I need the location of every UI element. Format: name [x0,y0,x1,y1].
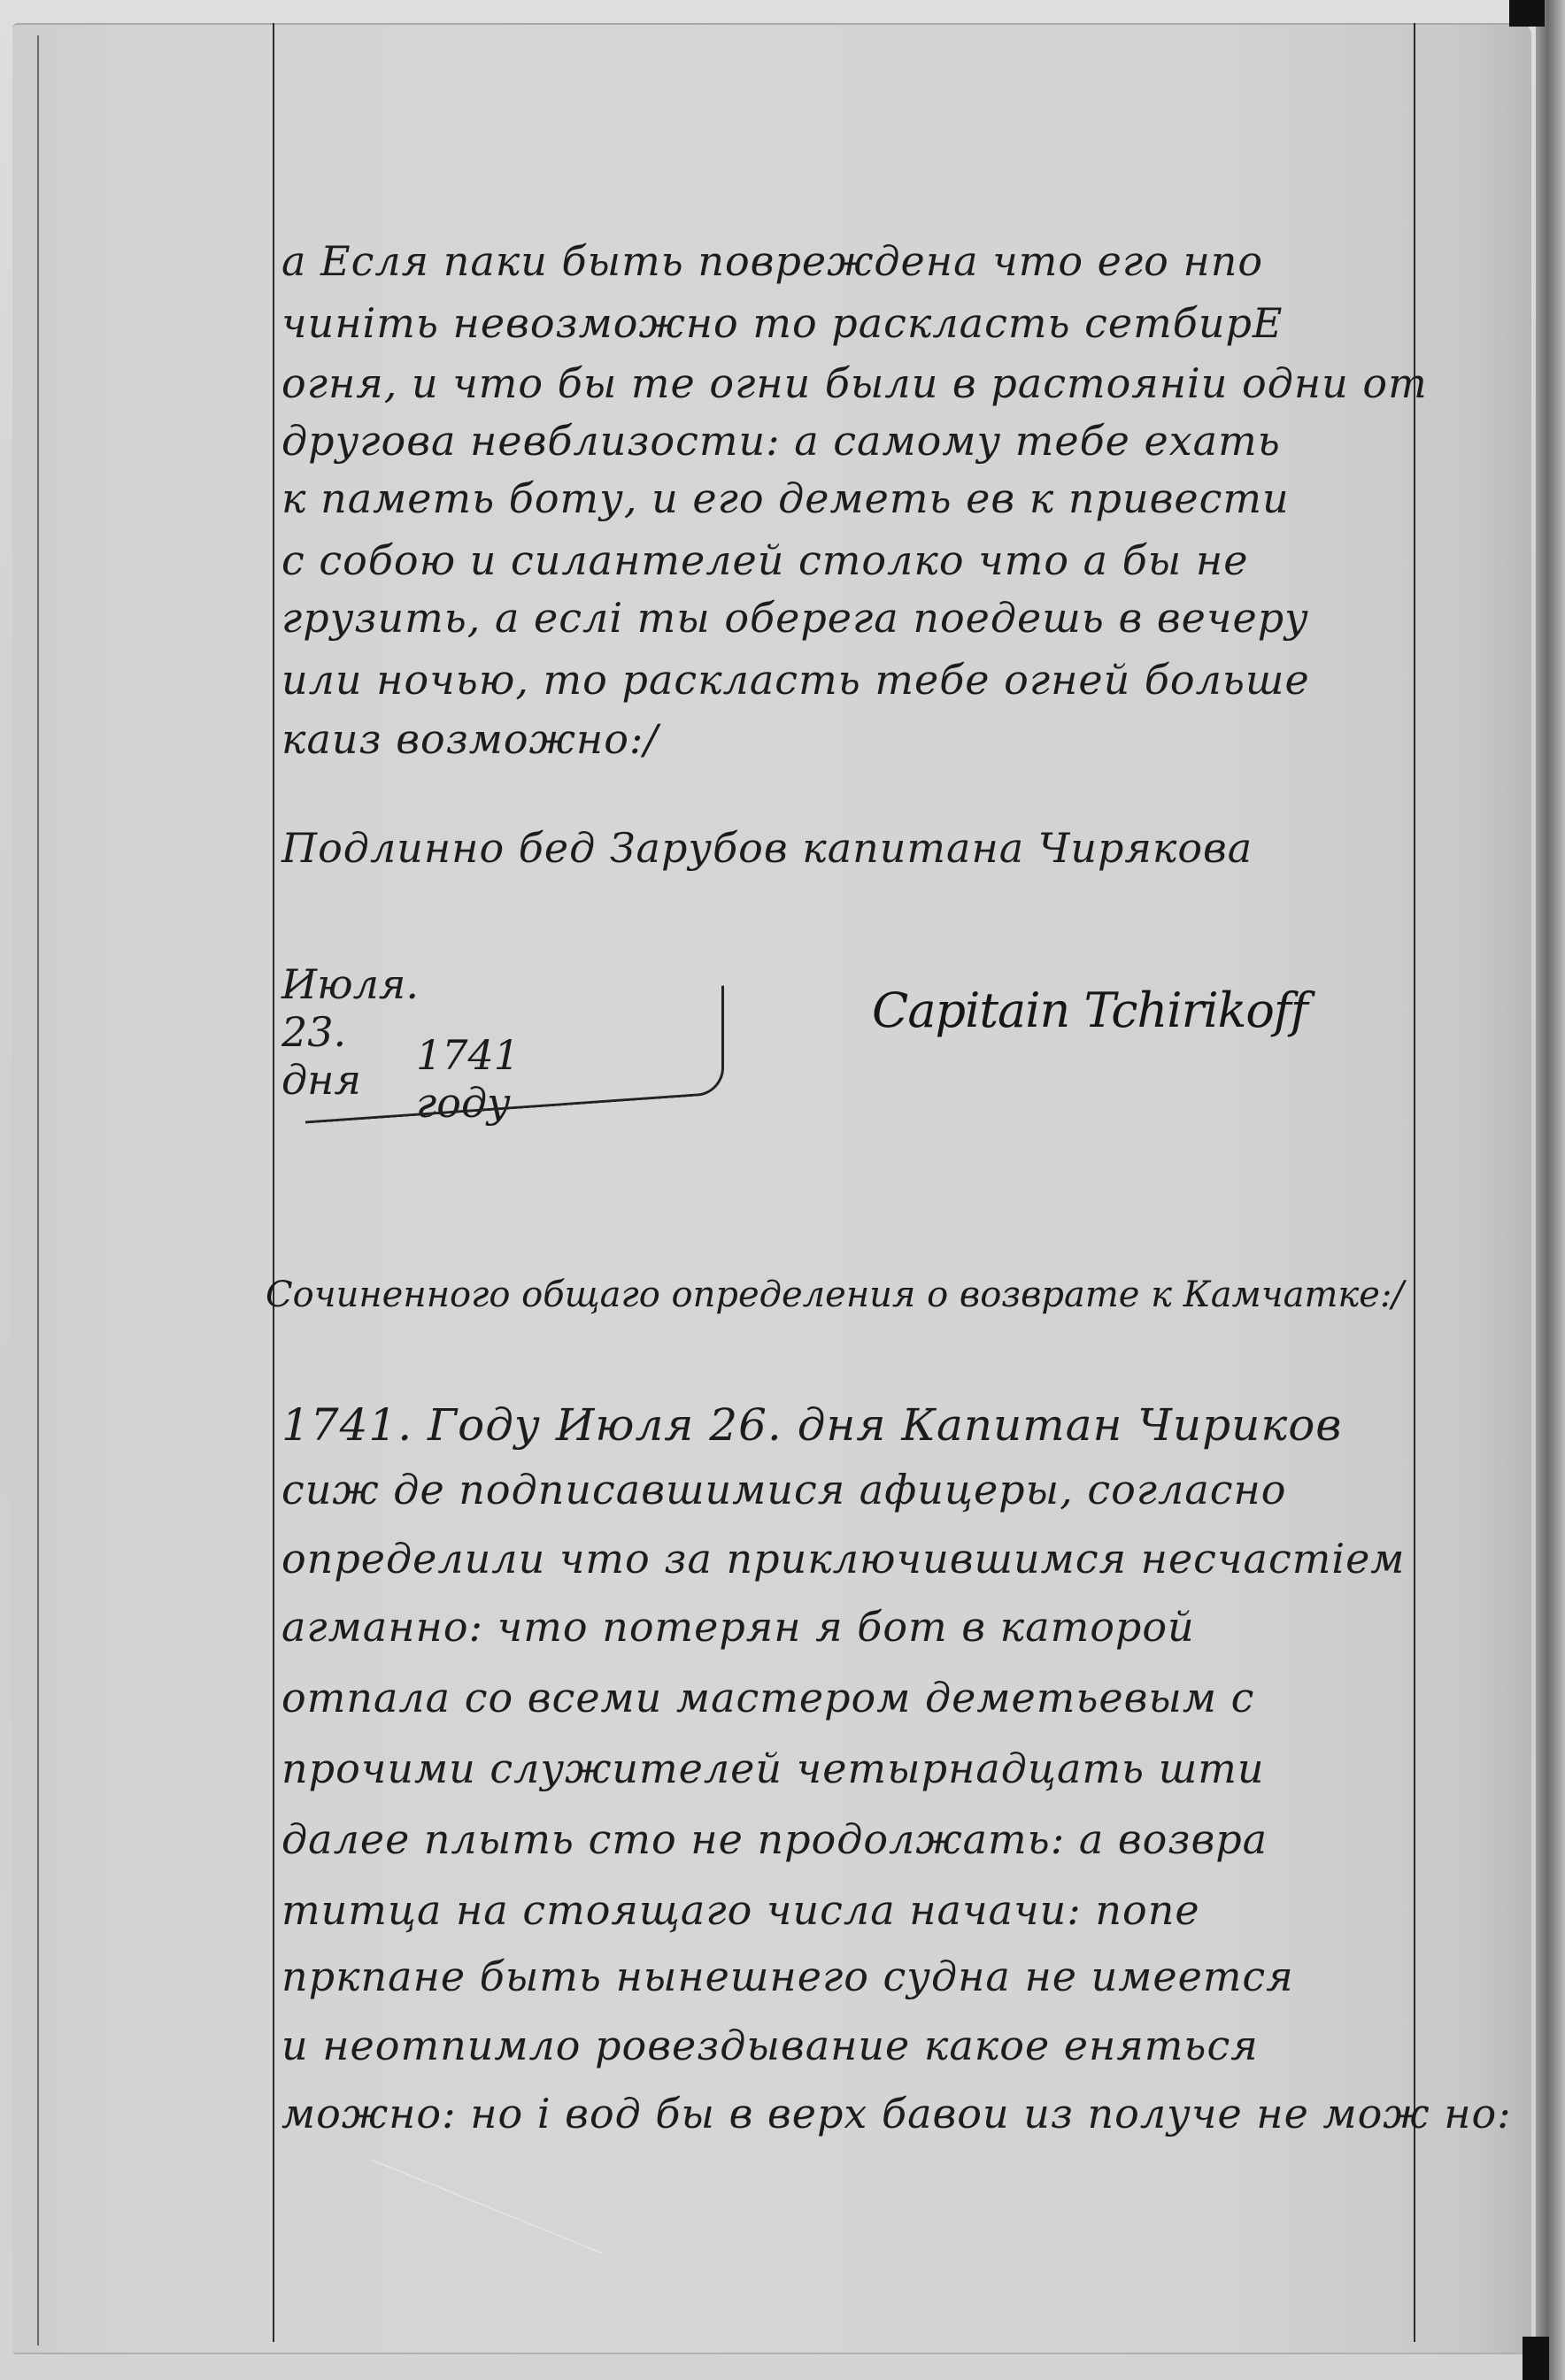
text-line: а Есля паки быть повреждена что его нпо [281,241,1263,281]
captain-signature: Capitain Tchirikoff [872,982,1307,1038]
text-line: агманно: что потерян я бот в каторой [281,1606,1195,1647]
text-line: титца на стоящаго числа начачи: попе [281,1890,1200,1930]
binding-corner-bottom [1523,2337,1549,2380]
text-line: пркпане быть нынешнего судна не имеется [281,1956,1294,1997]
outer-left-rule [37,35,39,2345]
left-margin-rule [273,23,274,2342]
text-line: сиж де подписавшимися афицеры, согласно [281,1469,1287,1510]
text-line: чиніть невозможно то раскласть сетбирЕ [281,303,1284,343]
text-line: и неотпимло ровездывание какое еняться [281,2025,1259,2066]
binding-edge [1536,0,1565,2380]
text-line: можно: но і вод бы в верх бавои из получ… [281,2093,1512,2134]
text-line: 1741. Году Июля 26. дня Капитан Чириков [281,1403,1342,1447]
text-line: далее плыть сто не продолжать: а возвра [281,1819,1268,1860]
text-line: или ночью, то раскласть тебе огней больш… [281,659,1310,700]
binding-corner-top [1509,0,1545,27]
text-line: другова невблизости: а самому тебе ехать [281,420,1281,461]
text-line: грузить, а еслі ты оберега поедешь в веч… [281,597,1309,638]
text-line: огня, и что бы те огни были в растояніи … [281,363,1428,404]
text-line: отпала со всеми мастером деметьевым с [281,1677,1254,1718]
text-line: каиз возможно:/ [281,719,659,759]
text-line: с собою и силантелей столко что а бы не [281,540,1248,581]
section2-heading: Сочиненного общаго определения о возврат… [266,1275,1404,1315]
text-line: определили что за приключившимся несчаст… [281,1538,1405,1579]
text-line: к паметь боту, и его деметь ев к привест… [281,478,1290,519]
text-line: прочими служителей четырнадцать шти [281,1748,1265,1789]
attestation-line: Подлинно бед Зарубов капитана Чирякова [281,828,1253,868]
